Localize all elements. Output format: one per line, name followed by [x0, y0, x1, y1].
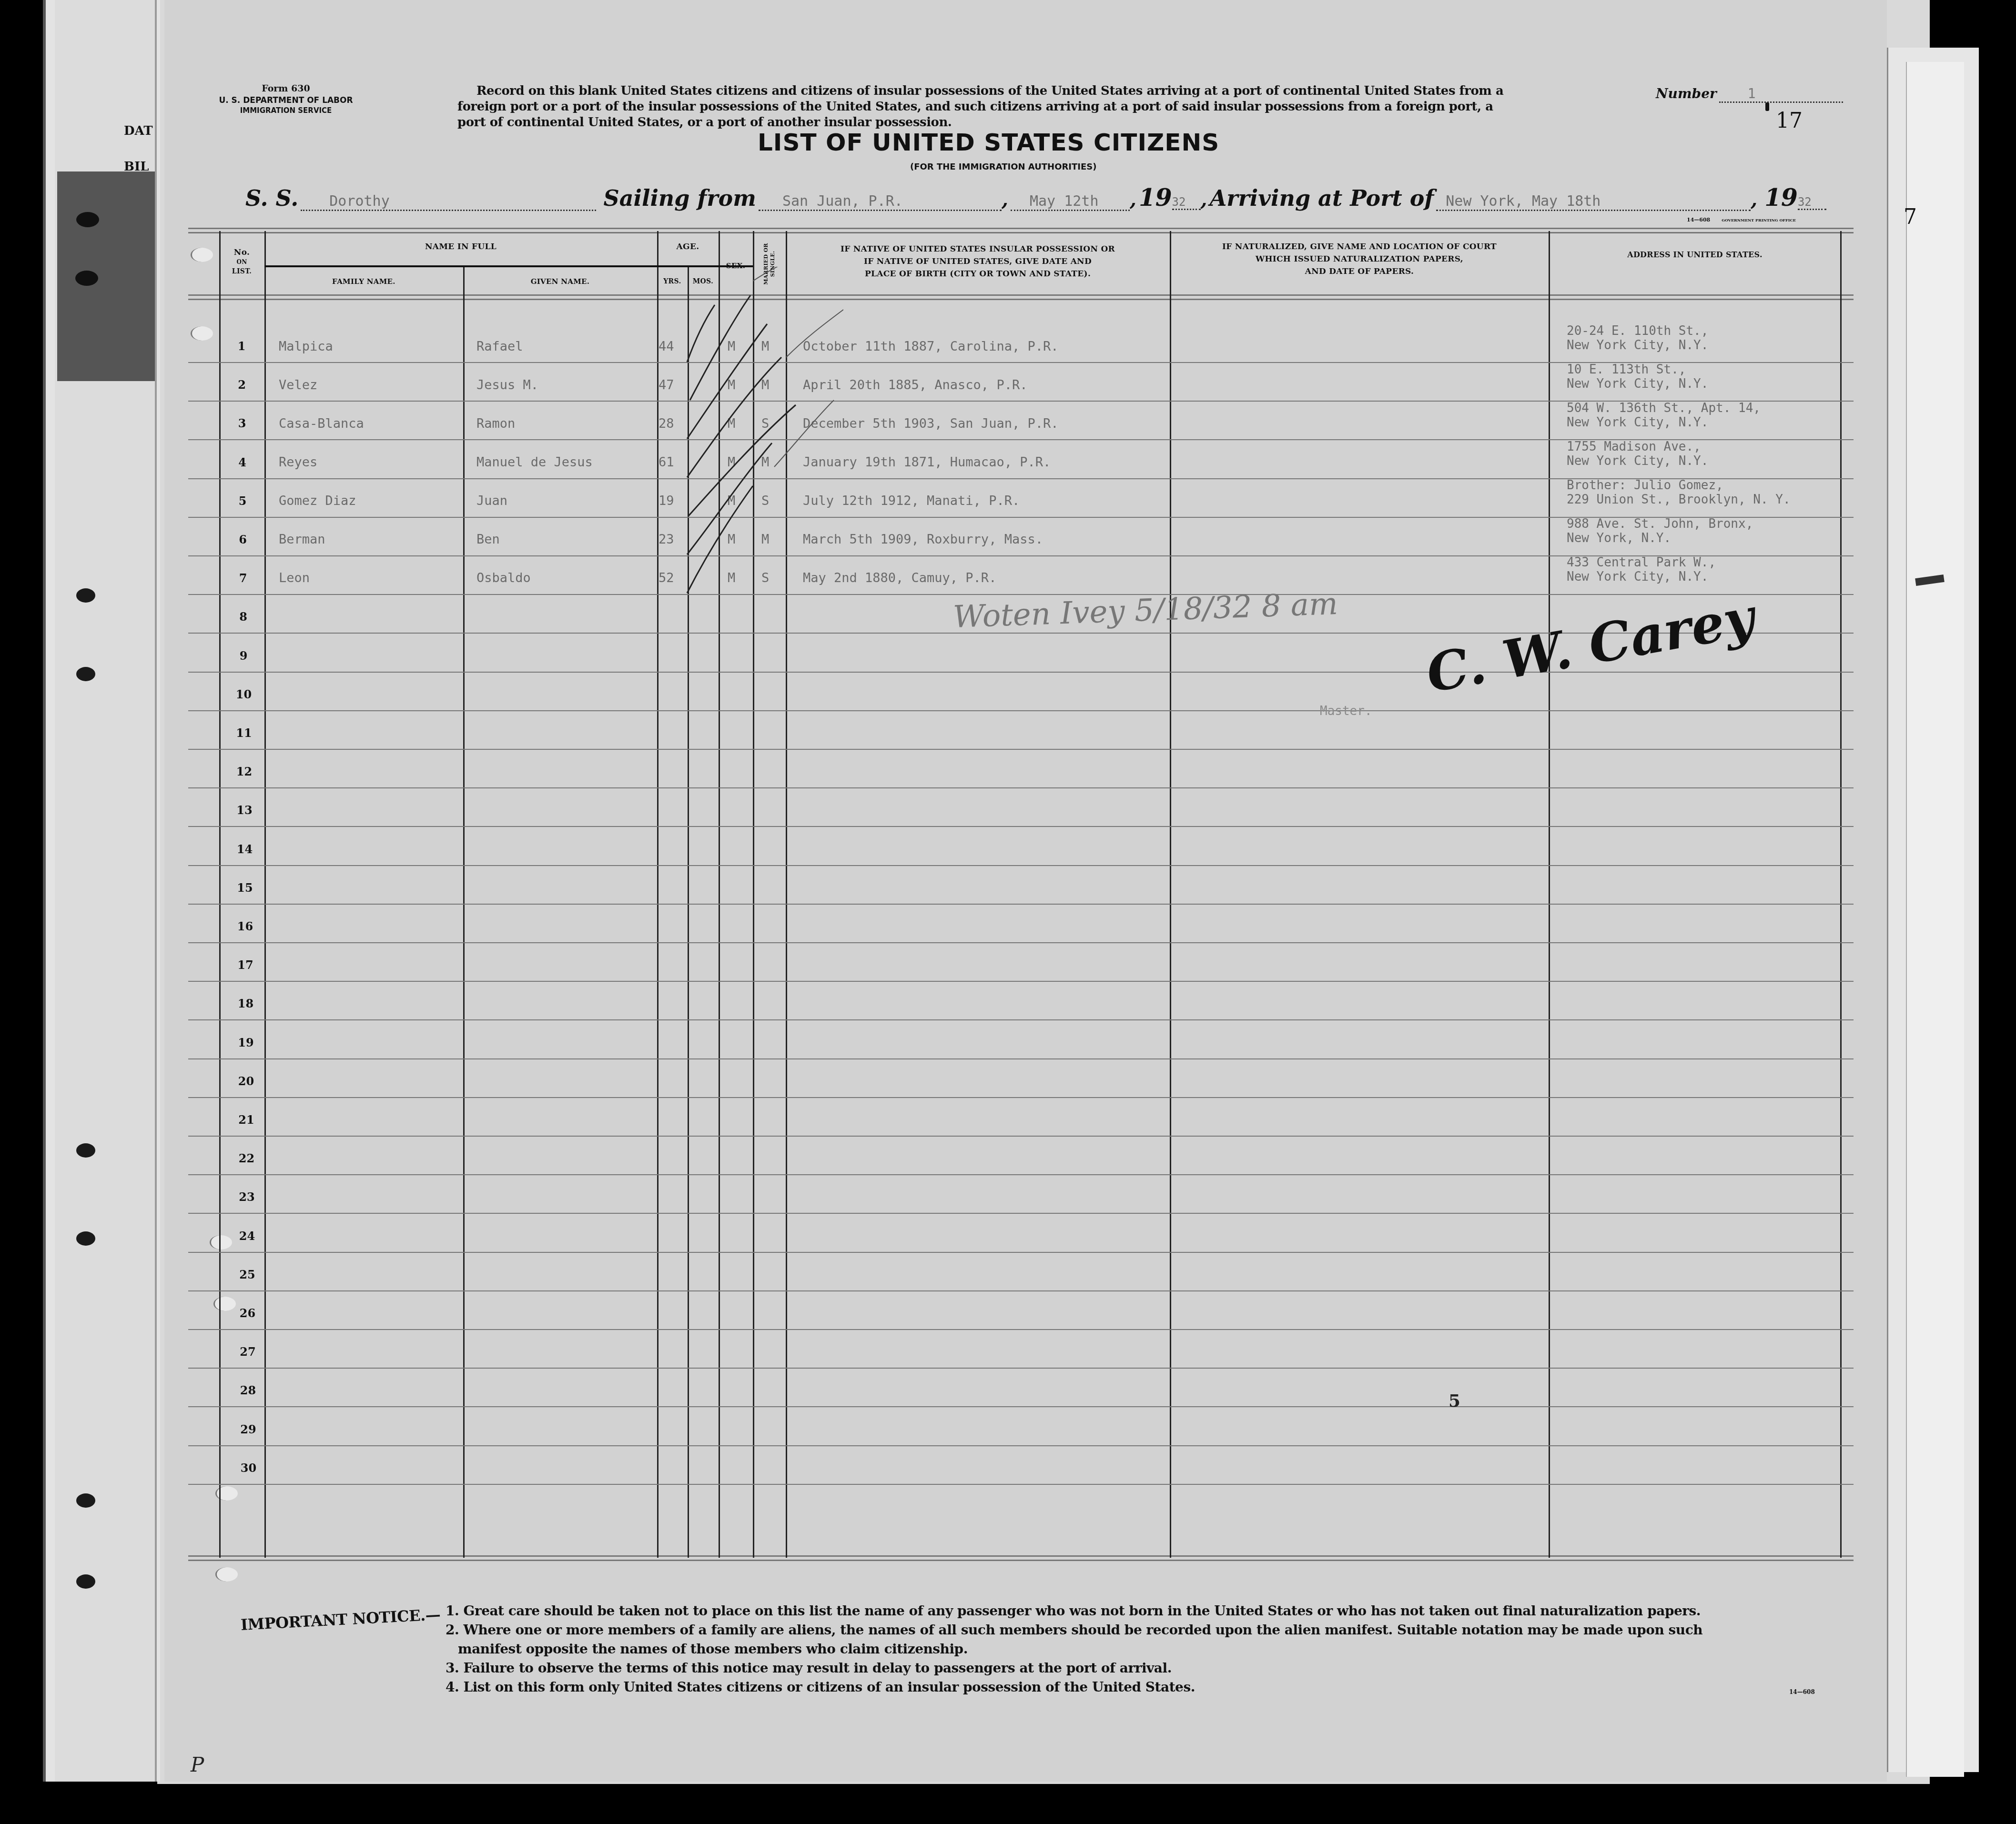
row-number: 10	[225, 687, 263, 701]
address-line-1: 988 Ave. St. John, Bronx,	[1567, 517, 1753, 531]
row-number: 29	[229, 1422, 267, 1436]
address-line-2: New York City, N.Y.	[1567, 454, 1708, 468]
header-native-line-3: PLACE OF BIRTH (CITY OR TOWN AND STATE).	[787, 268, 1168, 280]
punch-hole-icon	[76, 1143, 95, 1158]
punch-hole-icon	[76, 1231, 95, 1246]
family-name-cell: Velez	[279, 378, 317, 393]
row-number: 23	[228, 1190, 266, 1204]
binder-hole-icon	[76, 212, 99, 227]
instructions: Record on this blank United States citiz…	[457, 83, 1591, 131]
year-prefix-2: 19	[1764, 183, 1798, 212]
page-subtitle: (FOR THE IMMIGRATION AUTHORITIES)	[910, 162, 1097, 172]
header-naturalized-line-1: IF NATURALIZED, GIVE NAME AND LOCATION O…	[1171, 241, 1548, 253]
punch-hole-icon	[76, 588, 95, 603]
row-number: 9	[224, 649, 263, 663]
row-number: 8	[224, 610, 263, 624]
row-number: 6	[224, 533, 262, 546]
notice-item-2: 2. Where one or more members of a family…	[446, 1621, 1702, 1640]
row-number: 7	[224, 571, 262, 585]
row-number: 22	[228, 1151, 266, 1165]
row-rule	[188, 942, 1854, 943]
row-rule	[188, 981, 1854, 982]
row-number: 24	[228, 1229, 266, 1243]
address-line-2: 229 Union St., Brooklyn, N. Y.	[1567, 493, 1791, 507]
address-line-2: New York City, N.Y.	[1567, 570, 1716, 584]
row-rule	[188, 1406, 1854, 1407]
header-naturalized-line-3: AND DATE OF PAPERS.	[1171, 265, 1548, 278]
notice-item-2-cont: manifest opposite the names of those mem…	[446, 1640, 1702, 1659]
address-line-1: 20-24 E. 110th St.,	[1567, 324, 1708, 338]
year-prefix: 19	[1139, 183, 1172, 212]
scan-bottom-edge	[0, 1784, 2016, 1824]
header-native-line-1: IF NATIVE OF UNITED STATES INSULAR POSSE…	[787, 243, 1168, 255]
row-rule	[188, 1097, 1854, 1098]
header-address: ADDRESS IN UNITED STATES.	[1550, 249, 1840, 261]
family-name-cell: Berman	[279, 532, 325, 547]
address-line-2: New York City, N.Y.	[1567, 377, 1708, 391]
arriving-label: Arriving at Port of	[1210, 185, 1434, 211]
row-rule	[188, 1368, 1854, 1369]
form-id-block: Form 630 U. S. DEPARTMENT OF LABOR IMMIG…	[200, 83, 372, 115]
header-no-line-2: ON	[219, 257, 264, 267]
address-line-1: 10 E. 113th St.,	[1567, 363, 1708, 377]
table-top-border	[188, 228, 1854, 233]
given-name-cell: Juan	[476, 494, 507, 508]
punch-hole-icon	[76, 667, 95, 681]
binder-tab	[57, 171, 155, 381]
instruction-line-2: foreign port or a port of the insular po…	[457, 99, 1591, 115]
row-rule	[188, 594, 1854, 595]
row-number: 17	[226, 958, 264, 972]
address-line-2: New York City, N.Y.	[1567, 338, 1708, 353]
ss-label: S. S.	[245, 185, 298, 211]
address-cell: 433 Central Park W.,New York City, N.Y.	[1567, 555, 1716, 584]
notice-item-1: 1. Great care should be taken not to pla…	[446, 1602, 1702, 1621]
row-number: 12	[225, 765, 263, 778]
sailing-from-field[interactable]: San Juan, P.R.	[759, 193, 1002, 211]
punch-hole-icon	[191, 248, 213, 262]
row-rule	[188, 1058, 1854, 1059]
row-number: 1	[223, 339, 261, 353]
row-rule	[188, 1445, 1854, 1446]
header-family-name: FAMILY NAME.	[264, 275, 463, 288]
row-number: 4	[223, 455, 262, 469]
row-rule	[188, 787, 1854, 788]
col-line-native	[1170, 231, 1171, 1558]
page-title: LIST OF UNITED STATES CITIZENS	[758, 129, 1219, 156]
header-no-on-list: No. ON LIST.	[219, 248, 264, 276]
row-rule	[188, 1252, 1854, 1253]
form-number: Form 630	[200, 83, 372, 94]
address-line-1: 433 Central Park W.,	[1567, 555, 1716, 570]
notice-items: 1. Great care should be taken not to pla…	[446, 1602, 1702, 1697]
sailing-from-label: Sailing from	[603, 185, 756, 211]
table-bottom-border	[188, 1555, 1854, 1561]
given-name-cell: Rafael	[476, 339, 523, 354]
row-number: 16	[226, 919, 264, 933]
ink-dot	[1765, 102, 1769, 111]
checkmark-strokes	[653, 267, 843, 610]
ship-name-field[interactable]: Dorothy	[301, 193, 596, 211]
row-number: 11	[225, 726, 263, 740]
row-number: 15	[226, 881, 264, 895]
row-rule	[188, 826, 1854, 827]
arriving-year-field[interactable]: 32	[1798, 195, 1826, 210]
address-cell: 20-24 E. 110th St.,New York City, N.Y.	[1567, 324, 1708, 353]
row-number: 26	[229, 1306, 267, 1320]
department: U. S. DEPARTMENT OF LABOR	[200, 96, 372, 105]
row-rule	[188, 1213, 1854, 1214]
given-name-cell: Osbaldo	[476, 571, 531, 585]
address-cell: Brother: Julio Gomez,229 Union St., Broo…	[1567, 478, 1791, 507]
binder-hole-icon	[75, 271, 98, 286]
voyage-line: S. S. Dorothy Sailing from San Juan, P.R…	[245, 183, 1826, 212]
address-line-1: 1755 Madison Ave.,	[1567, 440, 1708, 454]
header-no-line-1: No.	[219, 248, 264, 257]
address-line-1: Brother: Julio Gomez,	[1567, 478, 1791, 493]
row-rule	[188, 1174, 1854, 1175]
left-tab-label-1: DAT	[124, 124, 153, 138]
row-number: 30	[230, 1461, 268, 1475]
list-number-field: Number 1	[1656, 86, 1843, 103]
given-name-cell: Manuel de Jesus	[476, 455, 593, 470]
row-rule	[188, 1019, 1854, 1020]
table-header-bottom-border	[188, 294, 1854, 300]
header-naturalization: IF NATURALIZED, GIVE NAME AND LOCATION O…	[1171, 241, 1548, 278]
notice-item-4: 4. List on this form only United States …	[446, 1678, 1702, 1697]
print-code: 14—608	[1687, 217, 1710, 223]
punch-hole-icon	[76, 1574, 95, 1589]
col-line-address	[1840, 231, 1842, 1558]
address-cell: 1755 Madison Ave.,New York City, N.Y.	[1567, 440, 1708, 468]
printer-imprint: 14—608 GOVERNMENT PRINTING OFFICE	[1687, 217, 1796, 223]
address-line-2: New York City, N.Y.	[1567, 415, 1761, 430]
row-number: 3	[223, 416, 261, 430]
punch-hole-icon	[215, 1567, 238, 1582]
family-name-cell: Casa-Blanca	[279, 416, 364, 431]
header-native-birth: IF NATIVE OF UNITED STATES INSULAR POSSE…	[787, 243, 1168, 280]
signature-title: Master.	[1320, 704, 1372, 718]
header-name-in-full: NAME IN FULL	[264, 241, 657, 253]
col-line-no	[264, 231, 266, 1558]
row-number: 21	[227, 1113, 265, 1127]
notice-print-code: 14—608	[1789, 1689, 1815, 1695]
row-rule	[188, 1290, 1854, 1291]
row-number: 14	[226, 842, 264, 856]
row-number: 5	[223, 494, 262, 508]
address-cell: 10 E. 113th St.,New York City, N.Y.	[1567, 363, 1708, 391]
address-cell: 504 W. 136th St., Apt. 14,New York City,…	[1567, 401, 1761, 430]
header-naturalized-line-2: WHICH ISSUED NATURALIZATION PAPERS,	[1171, 253, 1548, 265]
header-no-line-3: LIST.	[219, 267, 264, 276]
family-name-cell: Malpica	[279, 339, 333, 354]
row-number: 28	[229, 1383, 267, 1397]
number-value[interactable]: 1	[1719, 86, 1843, 103]
address-line-2: New York, N.Y.	[1567, 531, 1753, 545]
right-adjacent-sheet-2	[1906, 62, 1964, 1777]
col-line-left	[219, 231, 221, 1558]
row-number: 27	[229, 1345, 267, 1359]
service: IMMIGRATION SERVICE	[200, 106, 372, 115]
address-cell: 988 Ave. St. John, Bronx,New York, N.Y.	[1567, 517, 1753, 545]
punch-hole-icon	[76, 1493, 95, 1508]
given-name-cell: Jesus M.	[476, 378, 538, 393]
given-name-cell: Ben	[476, 532, 500, 547]
instruction-line-1: Record on this blank United States citiz…	[457, 83, 1591, 99]
row-number: 2	[223, 378, 261, 392]
row-rule	[188, 1136, 1854, 1137]
page-number: 17	[1776, 109, 1803, 133]
row-number: 25	[228, 1268, 266, 1281]
col-line-family	[463, 267, 465, 1558]
col-line-naturalized	[1549, 231, 1550, 1558]
row-number: 20	[227, 1074, 265, 1088]
family-name-cell: Reyes	[279, 455, 317, 470]
adjacent-page-number: 7	[1904, 205, 1917, 229]
stamp-mark: 5	[1449, 1391, 1460, 1411]
row-number: 13	[225, 803, 263, 817]
given-name-cell: Ramon	[476, 416, 515, 431]
arriving-port-field[interactable]: New York, May 18th	[1436, 193, 1751, 211]
row-number: 18	[227, 997, 265, 1010]
sailing-date-field[interactable]: May 12th	[1011, 193, 1130, 211]
bottom-left-mark: P	[191, 1753, 204, 1776]
header-native-line-2: IF NATIVE OF UNITED STATES, GIVE DATE AN…	[787, 255, 1168, 268]
row-rule	[188, 1329, 1854, 1330]
row-rule	[188, 749, 1854, 750]
sailing-year-field[interactable]: 32	[1172, 195, 1201, 210]
family-name-cell: Gomez Diaz	[279, 494, 356, 508]
row-rule	[188, 865, 1854, 866]
row-number: 19	[227, 1036, 265, 1049]
row-rule	[188, 904, 1854, 905]
header-age: AGE.	[657, 241, 719, 253]
notice-item-3: 3. Failure to observe the terms of this …	[446, 1659, 1702, 1678]
address-line-1: 504 W. 136th St., Apt. 14,	[1567, 401, 1761, 415]
printer-name: GOVERNMENT PRINTING OFFICE	[1722, 218, 1796, 222]
number-label: Number	[1656, 86, 1717, 101]
row-rule	[188, 710, 1854, 711]
header-given-name: GIVEN NAME.	[463, 275, 657, 288]
punch-hole-icon	[191, 326, 213, 341]
row-rule	[188, 1484, 1854, 1485]
family-name-cell: Leon	[279, 571, 310, 585]
